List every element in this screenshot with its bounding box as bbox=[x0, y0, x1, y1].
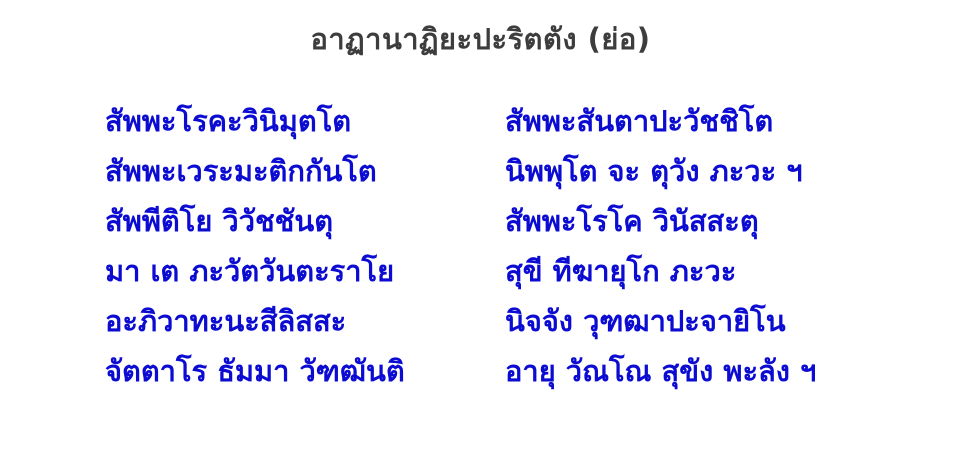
verse-line-right: สุขี ทีฆายุโก ภะวะ bbox=[505, 248, 905, 294]
verse-row: สัพพะเวระมะติกกันโต นิพพุโต จะ ตุวัง ภะว… bbox=[105, 146, 905, 196]
verse-line-left: มา เต ภะวัตวันตะราโย bbox=[105, 248, 505, 294]
verse-row: จัตตาโร ธัมมา วัฑฒันติ อายุ วัณโณ สุขัง … bbox=[105, 346, 905, 396]
verse-line-left: อะภิวาทะนะสีลิสสะ bbox=[105, 298, 505, 344]
verse-line-right: สัพพะโรโค วินัสสะตุ bbox=[505, 198, 905, 244]
verse-row: สัพพะโรคะวินิมุตโต สัพพะสันตาปะวัชชิโต bbox=[105, 96, 905, 146]
verse-line-right: นิพพุโต จะ ตุวัง ภะวะ ฯ bbox=[505, 148, 905, 194]
verse-row: อะภิวาทะนะสีลิสสะ นิจจัง วุฑฒาปะจายิโน bbox=[105, 296, 905, 346]
verse-row: สัพพีติโย วิวัชชันตุ สัพพะโรโค วินัสสะตุ bbox=[105, 196, 905, 246]
verse-line-right: อายุ วัณโณ สุขัง พะลัง ฯ bbox=[505, 348, 905, 394]
verse-line-left: สัพพะโรคะวินิมุตโต bbox=[105, 98, 505, 144]
verse-line-left: สัพพะเวระมะติกกันโต bbox=[105, 148, 505, 194]
page-title: อาฏานาฏิยะปะริตตัง (ย่อ) bbox=[0, 16, 961, 62]
verse-line-right: สัพพะสันตาปะวัชชิโต bbox=[505, 98, 905, 144]
verse-line-left: สัพพีติโย วิวัชชันตุ bbox=[105, 198, 505, 244]
verse-row: มา เต ภะวัตวันตะราโย สุขี ทีฆายุโก ภะวะ bbox=[105, 246, 905, 296]
verse-line-right: นิจจัง วุฑฒาปะจายิโน bbox=[505, 298, 905, 344]
verse-line-left: จัตตาโร ธัมมา วัฑฒันติ bbox=[105, 348, 505, 394]
verse-block: สัพพะโรคะวินิมุตโต สัพพะสันตาปะวัชชิโต ส… bbox=[105, 96, 905, 396]
document-page: อาฏานาฏิยะปะริตตัง (ย่อ) สัพพะโรคะวินิมุ… bbox=[0, 0, 961, 449]
